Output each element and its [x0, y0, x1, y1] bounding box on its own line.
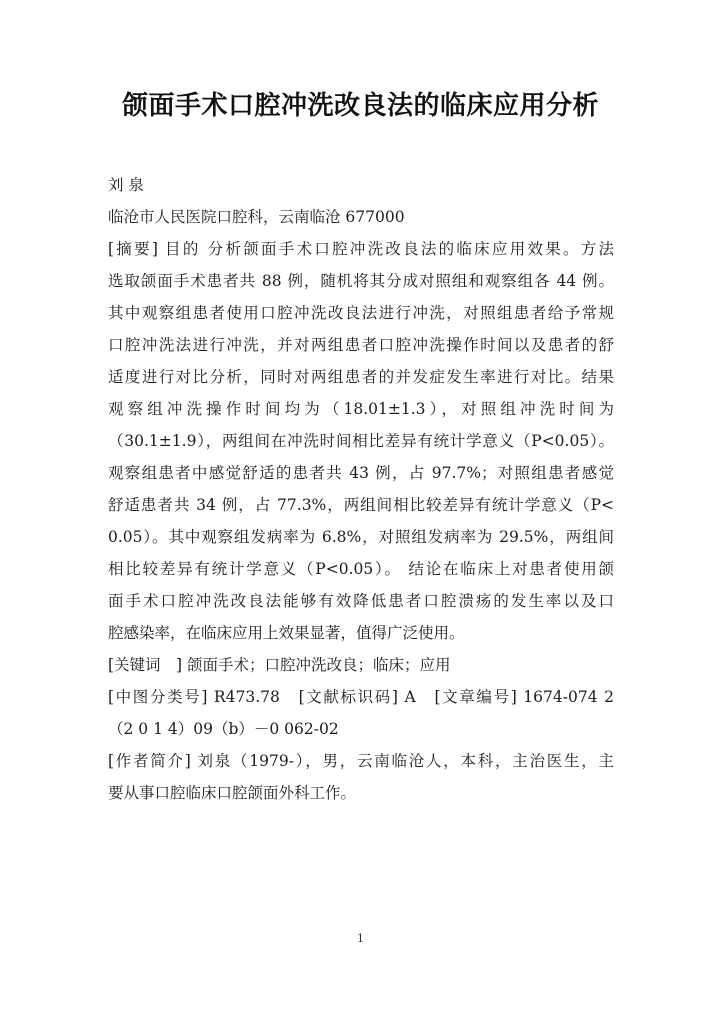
document-page: 颌面手术口腔冲洗改良法的临床应用分析 刘 泉 临沧市人民医院口腔科，云南临沧 6…: [0, 0, 721, 1020]
author-name: 刘 泉: [108, 174, 614, 196]
abstract-line: 面手术口腔冲洗改良法能够有效降低患者口腔溃疡的发生率以及口: [108, 590, 614, 612]
classification-line: [中图分类号] R473.78 [文献标识码] A [文章编号] 1674-07…: [108, 686, 614, 708]
abstract-line: 观察组冲洗操作时间均为（18.01±1.3），对照组冲洗时间为: [108, 398, 614, 420]
author-affiliation: 临沧市人民医院口腔科，云南临沧 677000: [108, 206, 614, 228]
abstract-line: [摘要] 目的 分析颌面手术口腔冲洗改良法的临床应用效果。方法: [108, 238, 614, 260]
abstract-line: 舒适患者共 34 例，占 77.3%，两组间相比较差异有统计学意义（P<: [108, 494, 614, 516]
author-bio-line: 要从事口腔临床口腔颌面外科工作。: [108, 782, 614, 804]
classification-line: （2 0 1 4）09（b）－0 062-02: [108, 718, 614, 740]
page-number: 1: [0, 932, 721, 945]
abstract-line: 选取颌面手术患者共 88 例，随机将其分成对照组和观察组各 44 例。: [108, 270, 614, 292]
abstract-line: 0.05）。其中观察组发病率为 6.8%，对照组发病率为 29.5%，两组间: [108, 526, 614, 548]
abstract-line: （30.1±1.9），两组间在冲洗时间相比差异有统计学意义（P<0.05）。: [108, 430, 614, 452]
abstract-line: 相比较差异有统计学意义（P<0.05）。 结论在临床上对患者使用颌: [108, 558, 614, 580]
abstract-line: 口腔冲洗法进行冲洗，并对两组患者口腔冲洗操作时间以及患者的舒: [108, 334, 614, 356]
keywords: [关键词 ] 颌面手术；口腔冲洗改良；临床；应用: [108, 654, 614, 676]
abstract-line: 其中观察组患者使用口腔冲洗改良法进行冲洗，对照组患者给予常规: [108, 302, 614, 324]
author-bio-line: [作者简介] 刘泉（1979-），男，云南临沧人，本科，主治医生，主: [108, 750, 614, 772]
abstract-line: 腔感染率，在临床应用上效果显著，值得广泛使用。: [108, 622, 614, 644]
abstract-line: 观察组患者中感觉舒适的患者共 43 例，占 97.7%；对照组患者感觉: [108, 462, 614, 484]
document-title: 颌面手术口腔冲洗改良法的临床应用分析: [0, 88, 721, 124]
abstract-line: 适度进行对比分析，同时对两组患者的并发症发生率进行对比。结果: [108, 366, 614, 388]
